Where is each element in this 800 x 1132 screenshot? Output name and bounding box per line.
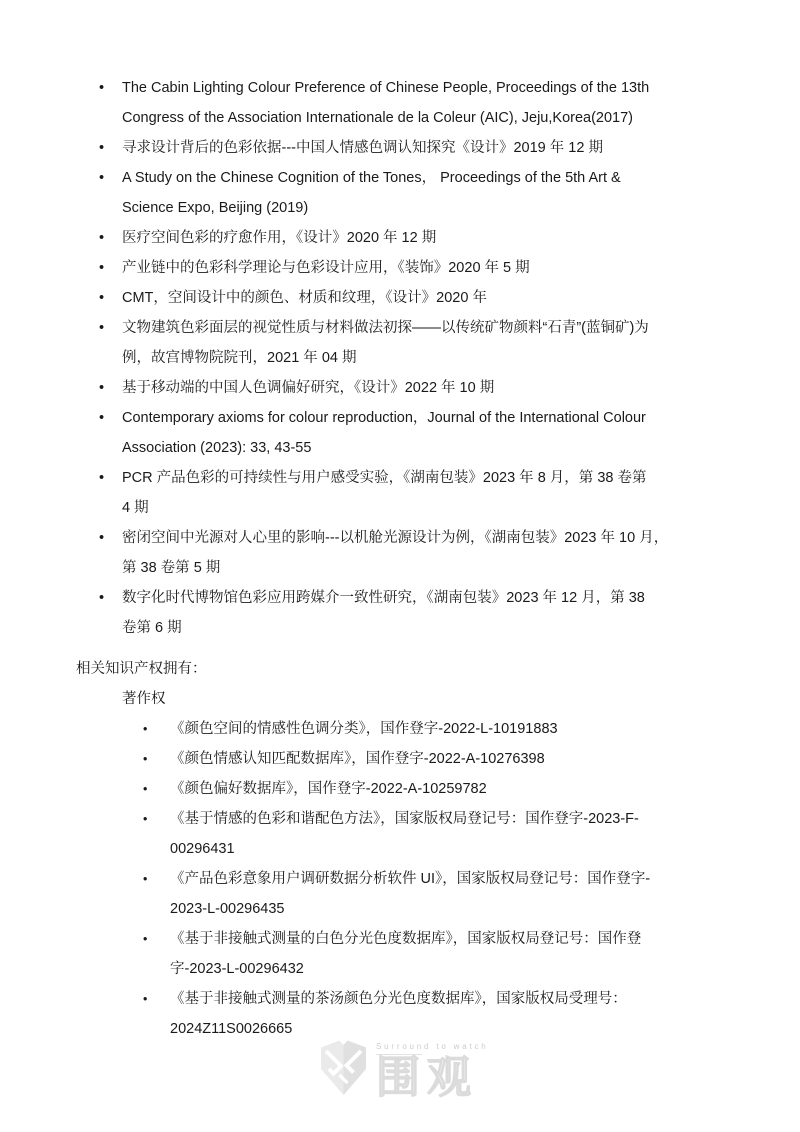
copyright-item: • 《颜色空间的情感性色调分类》，国作登字-2022-L-10191883 bbox=[76, 714, 724, 744]
publication-text: 数字化时代博物馆色彩应用跨媒介一致性研究，《湖南包装》2023 年 12 月，第… bbox=[122, 583, 724, 643]
bullet-icon: • bbox=[99, 313, 104, 343]
publication-text: 寻求设计背后的色彩依据---中国人情感色调认知探究《设计》2019 年 12 期 bbox=[122, 133, 724, 163]
text-line: 密闭空间中光源对人心里的影响---以机舱光源设计为例，《湖南包装》2023 年 … bbox=[122, 523, 724, 553]
publication-text: Contemporary axioms for colour reproduct… bbox=[122, 403, 724, 463]
text-line: 医疗空间色彩的疗愈作用，《设计》2020 年 12 期 bbox=[122, 223, 724, 253]
bullet-icon: • bbox=[143, 774, 147, 804]
shield-icon bbox=[320, 1038, 367, 1096]
text-line: 2023-L-00296435 bbox=[170, 894, 724, 924]
publication-item: • Contemporary axioms for colour reprodu… bbox=[76, 403, 724, 463]
text-line: Congress of the Association Internationa… bbox=[122, 103, 724, 133]
text-line: 文物建筑色彩面层的视觉性质与材料做法初探——以传统矿物颜料“石青”(蓝铜矿)为 bbox=[122, 313, 724, 343]
bullet-icon: • bbox=[99, 133, 104, 163]
copyright-text: 《颜色情感认知匹配数据库》，国作登字-2022-A-10276398 bbox=[170, 744, 724, 774]
publication-item: • 数字化时代博物馆色彩应用跨媒介一致性研究，《湖南包装》2023 年 12 月… bbox=[76, 583, 724, 643]
text-line: A Study on the Chinese Cognition of the … bbox=[122, 163, 724, 193]
watermark: Surround to watch 围观 bbox=[320, 1038, 489, 1100]
copyright-subheading: 著作权 bbox=[122, 684, 724, 714]
text-line: 《基于非接触式测量的茶汤颜色分光色度数据库》，国家版权局受理号： bbox=[170, 984, 724, 1014]
text-line: 《产品色彩意象用户调研数据分析软件 UI》，国家版权局登记号：国作登字- bbox=[170, 864, 724, 894]
copyrights-list: • 《颜色空间的情感性色调分类》，国作登字-2022-L-10191883 • … bbox=[76, 714, 724, 1044]
publication-item: • 产业链中的色彩科学理论与色彩设计应用，《装饰》2020 年 5 期 bbox=[76, 253, 724, 283]
copyright-text: 《颜色偏好数据库》，国作登字-2022-A-10259782 bbox=[170, 774, 724, 804]
publication-item: • 密闭空间中光源对人心里的影响---以机舱光源设计为例，《湖南包装》2023 … bbox=[76, 523, 724, 583]
watermark-tagline: Surround to watch bbox=[376, 1042, 489, 1051]
bullet-icon: • bbox=[143, 804, 147, 834]
watermark-text-block: Surround to watch 围观 bbox=[376, 1038, 489, 1100]
text-line: 例，故宫博物院院刊，2021 年 04 期 bbox=[122, 343, 724, 373]
copyright-text: 《颜色空间的情感性色调分类》，国作登字-2022-L-10191883 bbox=[170, 714, 724, 744]
bullet-icon: • bbox=[143, 714, 147, 744]
copyright-item: • 《颜色情感认知匹配数据库》，国作登字-2022-A-10276398 bbox=[76, 744, 724, 774]
copyright-text: 《基于非接触式测量的白色分光色度数据库》，国家版权局登记号：国作登字-2023-… bbox=[170, 924, 724, 984]
bullet-icon: • bbox=[99, 73, 104, 103]
bullet-icon: • bbox=[99, 163, 104, 193]
text-line: 00296431 bbox=[170, 834, 724, 864]
text-line: CMT，空间设计中的颜色、材质和纹理，《设计》2020 年 bbox=[122, 283, 724, 313]
publication-item: • PCR 产品色彩的可持续性与用户感受实验，《湖南包装》2023 年 8 月，… bbox=[76, 463, 724, 523]
bullet-icon: • bbox=[99, 223, 104, 253]
publication-text: 产业链中的色彩科学理论与色彩设计应用，《装饰》2020 年 5 期 bbox=[122, 253, 724, 283]
bullet-icon: • bbox=[143, 924, 147, 954]
bullet-icon: • bbox=[99, 463, 104, 493]
text-line: 《颜色偏好数据库》，国作登字-2022-A-10259782 bbox=[170, 774, 724, 804]
watermark-brand: 围观 bbox=[376, 1056, 489, 1100]
text-line: 《基于非接触式测量的白色分光色度数据库》，国家版权局登记号：国作登 bbox=[170, 924, 724, 954]
text-line: 《颜色情感认知匹配数据库》，国作登字-2022-A-10276398 bbox=[170, 744, 724, 774]
publications-list: • The Cabin Lighting Colour Preference o… bbox=[76, 73, 724, 643]
copyright-text: 《产品色彩意象用户调研数据分析软件 UI》，国家版权局登记号：国作登字-2023… bbox=[170, 864, 724, 924]
publication-item: • A Study on the Chinese Cognition of th… bbox=[76, 163, 724, 223]
bullet-icon: • bbox=[143, 864, 147, 894]
text-line: Science Expo, Beijing (2019) bbox=[122, 193, 724, 223]
copyright-item: • 《颜色偏好数据库》，国作登字-2022-A-10259782 bbox=[76, 774, 724, 804]
copyright-item: • 《基于情感的色彩和谐配色方法》，国家版权局登记号：国作登字-2023-F-0… bbox=[76, 804, 724, 864]
publication-item: • 文物建筑色彩面层的视觉性质与材料做法初探——以传统矿物颜料“石青”(蓝铜矿)… bbox=[76, 313, 724, 373]
publication-text: 文物建筑色彩面层的视觉性质与材料做法初探——以传统矿物颜料“石青”(蓝铜矿)为例… bbox=[122, 313, 724, 373]
text-line: Association (2023): 33, 43-55 bbox=[122, 433, 724, 463]
publication-text: 基于移动端的中国人色调偏好研究，《设计》2022 年 10 期 bbox=[122, 373, 724, 403]
copyright-text: 《基于非接触式测量的茶汤颜色分光色度数据库》，国家版权局受理号：2024Z11S… bbox=[170, 984, 724, 1044]
text-line: 《颜色空间的情感性色调分类》，国作登字-2022-L-10191883 bbox=[170, 714, 724, 744]
text-line: Contemporary axioms for colour reproduct… bbox=[122, 403, 724, 433]
text-line: 《基于情感的色彩和谐配色方法》，国家版权局登记号：国作登字-2023-F- bbox=[170, 804, 724, 834]
copyright-item: • 《基于非接触式测量的茶汤颜色分光色度数据库》，国家版权局受理号：2024Z1… bbox=[76, 984, 724, 1044]
publication-item: • 寻求设计背后的色彩依据---中国人情感色调认知探究《设计》2019 年 12… bbox=[76, 133, 724, 163]
copyright-item: • 《产品色彩意象用户调研数据分析软件 UI》，国家版权局登记号：国作登字-20… bbox=[76, 864, 724, 924]
publication-item: • 医疗空间色彩的疗愈作用，《设计》2020 年 12 期 bbox=[76, 223, 724, 253]
bullet-icon: • bbox=[99, 403, 104, 433]
text-line: 产业链中的色彩科学理论与色彩设计应用，《装饰》2020 年 5 期 bbox=[122, 253, 724, 283]
text-line: 基于移动端的中国人色调偏好研究，《设计》2022 年 10 期 bbox=[122, 373, 724, 403]
text-line: 寻求设计背后的色彩依据---中国人情感色调认知探究《设计》2019 年 12 期 bbox=[122, 133, 724, 163]
text-line: 卷第 6 期 bbox=[122, 613, 724, 643]
text-line: PCR 产品色彩的可持续性与用户感受实验，《湖南包装》2023 年 8 月，第 … bbox=[122, 463, 724, 493]
text-line: 字-2023-L-00296432 bbox=[170, 954, 724, 984]
bullet-icon: • bbox=[99, 583, 104, 613]
publication-text: The Cabin Lighting Colour Preference of … bbox=[122, 73, 724, 133]
document-page: • The Cabin Lighting Colour Preference o… bbox=[0, 0, 800, 1044]
bullet-icon: • bbox=[143, 744, 147, 774]
publication-text: CMT，空间设计中的颜色、材质和纹理，《设计》2020 年 bbox=[122, 283, 724, 313]
publication-text: A Study on the Chinese Cognition of the … bbox=[122, 163, 724, 223]
publication-text: PCR 产品色彩的可持续性与用户感受实验，《湖南包装》2023 年 8 月，第 … bbox=[122, 463, 724, 523]
text-line: 4 期 bbox=[122, 493, 724, 523]
publication-text: 医疗空间色彩的疗愈作用，《设计》2020 年 12 期 bbox=[122, 223, 724, 253]
bullet-icon: • bbox=[99, 523, 104, 553]
publication-item: • CMT，空间设计中的颜色、材质和纹理，《设计》2020 年 bbox=[76, 283, 724, 313]
text-line: 第 38 卷第 5 期 bbox=[122, 553, 724, 583]
text-line: The Cabin Lighting Colour Preference of … bbox=[122, 73, 724, 103]
bullet-icon: • bbox=[143, 984, 147, 1014]
bullet-icon: • bbox=[99, 253, 104, 283]
bullet-icon: • bbox=[99, 373, 104, 403]
text-line: 数字化时代博物馆色彩应用跨媒介一致性研究，《湖南包装》2023 年 12 月，第… bbox=[122, 583, 724, 613]
publication-item: • The Cabin Lighting Colour Preference o… bbox=[76, 73, 724, 133]
publication-text: 密闭空间中光源对人心里的影响---以机舱光源设计为例，《湖南包装》2023 年 … bbox=[122, 523, 724, 583]
ip-section-heading: 相关知识产权拥有： bbox=[76, 654, 724, 684]
copyright-text: 《基于情感的色彩和谐配色方法》，国家版权局登记号：国作登字-2023-F-002… bbox=[170, 804, 724, 864]
copyright-item: • 《基于非接触式测量的白色分光色度数据库》，国家版权局登记号：国作登字-202… bbox=[76, 924, 724, 984]
publication-item: • 基于移动端的中国人色调偏好研究，《设计》2022 年 10 期 bbox=[76, 373, 724, 403]
bullet-icon: • bbox=[99, 283, 104, 313]
